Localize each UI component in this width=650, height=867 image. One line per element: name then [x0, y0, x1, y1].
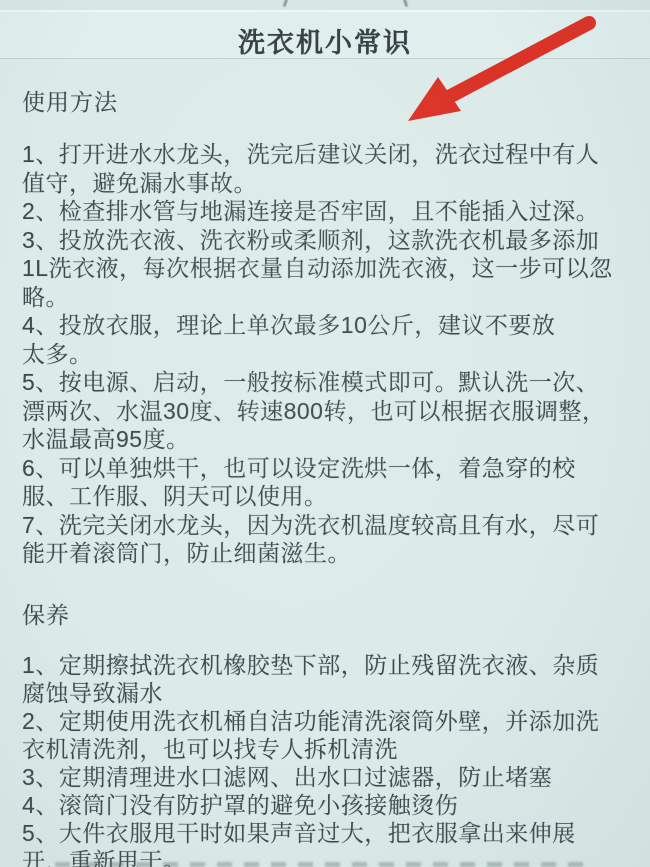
page-title: 洗衣机小常识 — [0, 12, 650, 60]
maintenance-item-4: 4、滚筒门没有防护罩的避免小孩接触烫伤 — [22, 791, 640, 819]
document-page: 洗衣机小常识 使用方法 1、打开进水水龙头，洗完后建议关闭，洗衣过程中有人 值守… — [0, 0, 650, 867]
cutoff-paren-left — [283, 0, 289, 7]
content-area: 使用方法 1、打开进水水龙头，洗完后建议关闭，洗衣过程中有人 值守，避免漏水事故… — [22, 88, 640, 867]
maintenance-item-5: 5、大件衣服甩干时如果声音过大，把衣服拿出来伸展 开，重新甩干。 — [22, 819, 640, 867]
usage-item-2: 2、检查排水管与地漏连接是否牢固，且不能插入过深。 — [22, 197, 640, 226]
bottom-cutoff-text — [55, 862, 595, 867]
section-heading-usage: 使用方法 — [22, 88, 640, 116]
usage-items: 1、打开进水水龙头，洗完后建议关闭，洗衣过程中有人 值守，避免漏水事故。 2、检… — [22, 140, 640, 568]
top-cutoff-text — [0, 0, 650, 12]
usage-item-4: 4、投放衣服，理论上单次最多10公斤，建议不要放 太多。 — [22, 311, 640, 368]
usage-item-7: 7、洗完关闭水龙头，因为洗衣机温度较高且有水，尽可 能开着滚筒门，防止细菌滋生。 — [22, 511, 640, 568]
maintenance-item-3: 3、定期清理进水口滤网、出水口过滤器，防止堵塞 — [22, 763, 640, 791]
maintenance-item-2: 2、定期使用洗衣机桶自洁功能清洗滚筒外壁，并添加洗 衣机清洗剂，也可以找专人拆机… — [22, 707, 640, 763]
maintenance-items: 1、定期擦拭洗衣机橡胶垫下部，防止残留洗衣液、杂质 腐蚀导致漏水 2、定期使用洗… — [22, 651, 640, 867]
usage-item-1: 1、打开进水水龙头，洗完后建议关闭，洗衣过程中有人 值守，避免漏水事故。 — [22, 140, 640, 197]
usage-item-5: 5、按电源、启动，一般按标准模式即可。默认洗一次、 漂两次、水温30度、转速80… — [22, 368, 640, 454]
section-heading-maintenance: 保养 — [22, 601, 640, 629]
maintenance-item-1: 1、定期擦拭洗衣机橡胶垫下部，防止残留洗衣液、杂质 腐蚀导致漏水 — [22, 651, 640, 707]
cutoff-paren-right — [403, 0, 409, 7]
title-bar: 洗衣机小常识 — [0, 12, 650, 59]
usage-item-3: 3、投放洗衣液、洗衣粉或柔顺剂，这款洗衣机最多添加 1L洗衣液，每次根据衣量自动… — [22, 226, 640, 312]
usage-item-6: 6、可以单独烘干，也可以设定洗烘一体，着急穿的校 服、工作服、阴天可以使用。 — [22, 454, 640, 511]
